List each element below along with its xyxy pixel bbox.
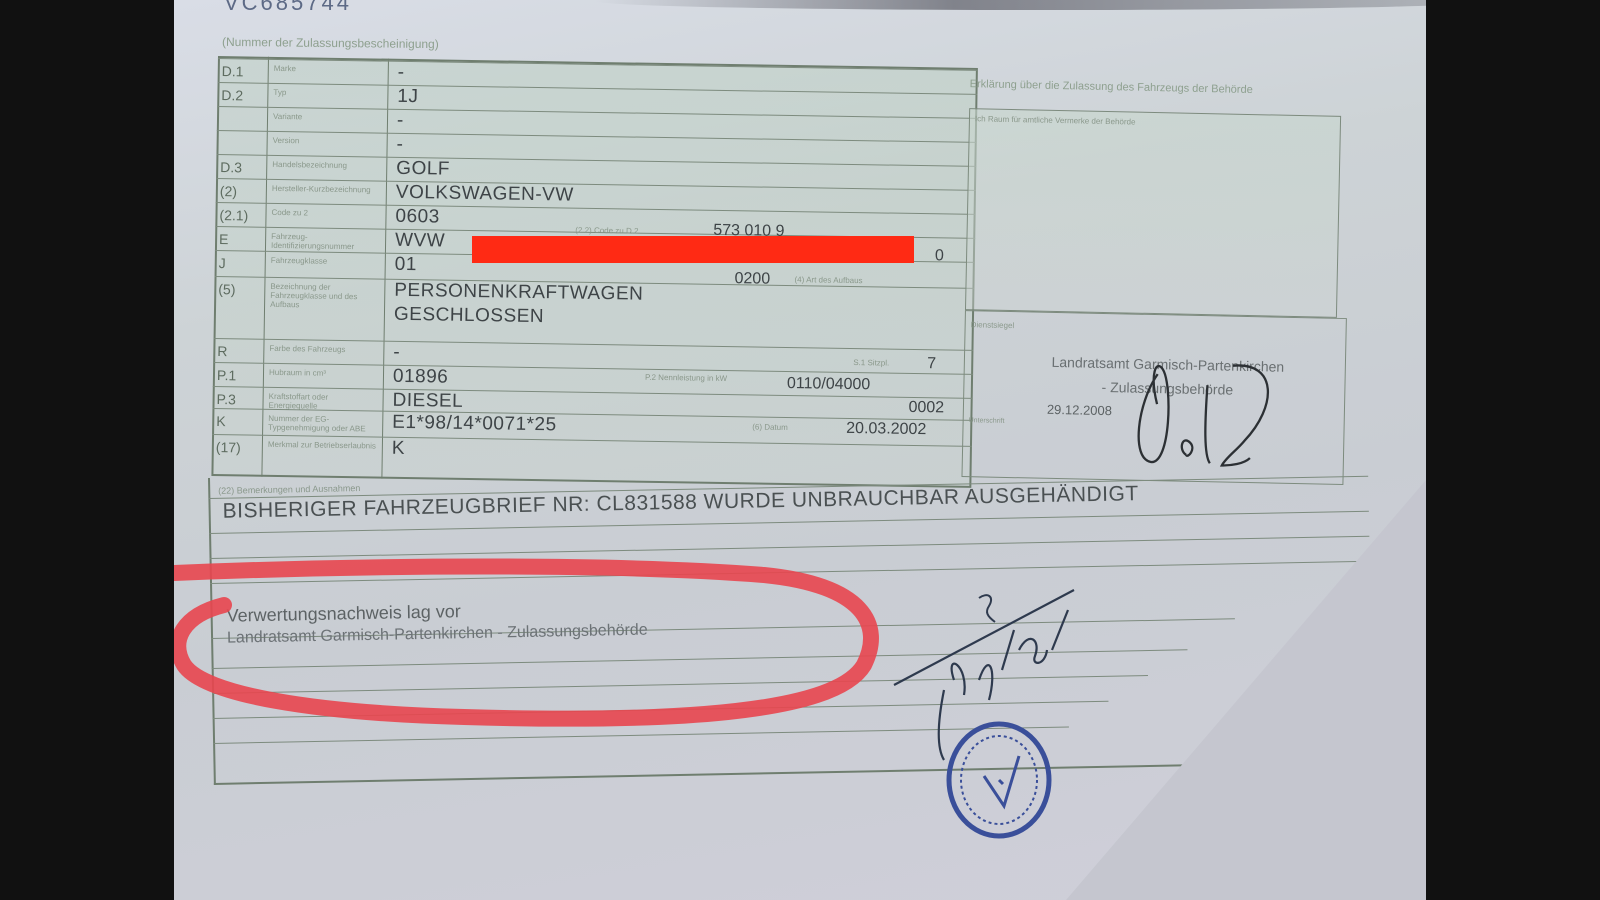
field-code: J — [219, 255, 226, 271]
field-code: E — [219, 231, 229, 247]
document-photo: VC685744 (Nummer der Zulassungsbescheini… — [174, 0, 1426, 900]
field-value: WVW — [395, 230, 445, 253]
field-value: - — [393, 342, 400, 364]
field-code: D.2 — [221, 87, 243, 103]
field-value: PERSONENKRAFTWAGEN — [394, 280, 643, 306]
field-code: R — [217, 343, 227, 359]
signature-label: Unterschrift — [968, 410, 1004, 433]
field-value: 0603 — [395, 206, 440, 229]
field-label: Code zu 2 — [271, 208, 381, 219]
authority-panel: Erklärung über die Zulassung des Fahrzeu… — [955, 70, 1354, 488]
field-value: GOLF — [396, 158, 450, 181]
field-label: Nummer der EG-Typgenehmigung oder ABE — [268, 414, 378, 434]
check-digit-value: 0 — [935, 247, 944, 265]
field-value: - — [397, 110, 404, 132]
field-code: D.3 — [220, 159, 242, 175]
field-code: (2.1) — [219, 207, 248, 223]
official-stamp-icon — [944, 716, 1064, 846]
field-code: D.1 — [222, 63, 244, 79]
field-label: Bezeichnung der Fahrzeugklasse und des A… — [270, 282, 380, 311]
field-label: Typ — [273, 88, 383, 99]
field-value: 1J — [397, 86, 418, 108]
field-label: Handelsbezeichnung — [272, 160, 382, 171]
field-label: Marke — [274, 64, 384, 75]
field-code: (5) — [218, 281, 235, 297]
document-number: VC685744 — [224, 0, 352, 16]
code-2-2-label: (2.2) Code zu D.2 — [575, 226, 638, 236]
field-label: Farbe des Fahrzeugs — [269, 344, 379, 355]
seats-label: S.1 Sitzpl. — [853, 358, 889, 368]
p4-value: 0002 — [908, 399, 944, 418]
photo-shadow — [594, 0, 1426, 10]
vehicle-data-form: D.1Marke-D.2Typ1JVariante-Version-D.3Han… — [211, 56, 978, 488]
power-value: 0110/04000 — [787, 375, 871, 394]
field-code: P.3 — [216, 391, 235, 407]
field-label: Hubraum in cm³ — [269, 368, 379, 379]
field-label: Version — [273, 136, 383, 147]
field-code: P.1 — [217, 367, 236, 383]
document-number-caption: (Nummer der Zulassungsbescheinigung) — [222, 35, 439, 51]
field-value: - — [398, 62, 405, 84]
field-value: DIESEL — [392, 390, 463, 413]
field-code: (2) — [220, 183, 237, 199]
field-value: - — [396, 134, 403, 156]
redaction-bar — [472, 236, 914, 263]
field-label: Merkmal zur Betriebserlaubnis — [268, 440, 378, 451]
stamp-label: Dienstsiegel — [971, 320, 1015, 330]
code-4-value: 0200 — [734, 270, 770, 289]
field-label: Hersteller-Kurzbezeichnung — [272, 184, 382, 195]
field-value-2: GESCHLOSSEN — [394, 304, 544, 328]
authority-date: 29.12.2008 — [1047, 402, 1112, 418]
authority-notes-box — [965, 108, 1341, 318]
authority-title: Erklärung über die Zulassung des Fahrzeu… — [970, 78, 1253, 96]
field-label: Fahrzeugklasse — [271, 256, 381, 267]
first-registration-date: 20.03.2002 — [846, 420, 926, 439]
field-value: E1*98/14*0071*25 — [392, 412, 557, 437]
field-label: Variante — [273, 112, 383, 123]
field-value: 01 — [395, 254, 417, 276]
field-code: K — [216, 413, 226, 429]
field-value: VOLKSWAGEN-VW — [396, 182, 574, 207]
code-4-label: (4) Art des Aufbaus — [794, 275, 862, 285]
field-label: Fahrzeug-Identifizierungsnummer — [271, 232, 381, 252]
field-value: K — [392, 438, 406, 460]
field-code: (17) — [216, 439, 241, 455]
first-registration-label: (6) Datum — [752, 422, 788, 432]
seats-value: 7 — [927, 355, 936, 373]
power-label: P.2 Nennleistung in kW — [645, 373, 727, 383]
field-value: 01896 — [393, 366, 449, 389]
red-circle-highlight-icon — [174, 545, 904, 745]
